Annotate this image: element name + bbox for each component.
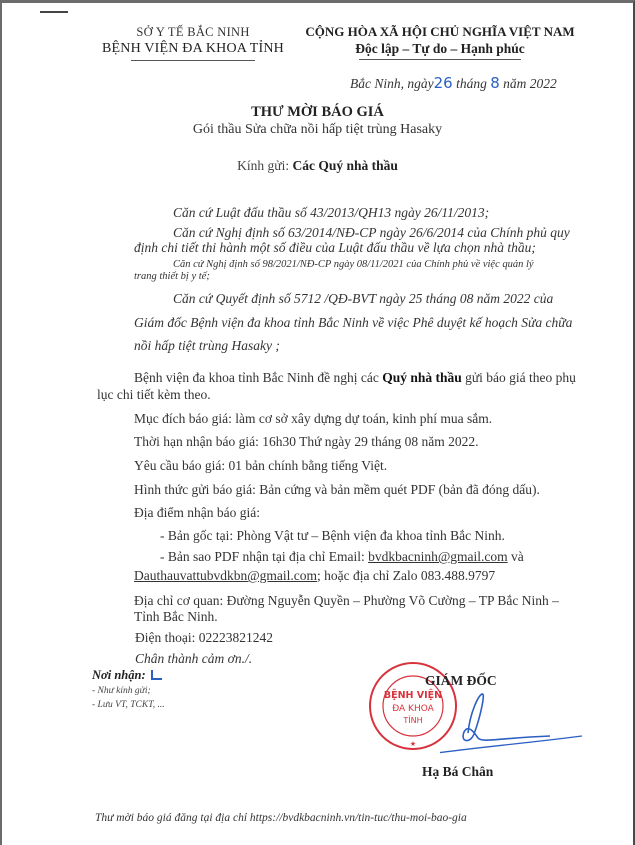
national-header: CỘNG HÒA XÃ HỘI CHỦ NGHĨA VIỆT NAM Độc l… [290, 24, 590, 60]
legal-basis-3a: Căn cứ Nghị định số 98/2021/NĐ-CP ngày 0… [173, 259, 534, 270]
deadline-line: Thời hạn nhận báo giá: 16h30 Thứ ngày 29… [134, 434, 479, 450]
zalo-contact: ; hoặc địa chỉ Zalo 083.488.9797 [317, 568, 495, 583]
request-suffix: gửi báo giá theo phụ [462, 370, 576, 385]
phone-line: Điện thoại: 02223821242 [135, 630, 273, 646]
closing-line: Chân thành cảm ơn./. [135, 651, 252, 667]
location-copy-and: và [508, 549, 524, 564]
location-original: - Bản gốc tại: Phòng Vật tư – Bệnh viện … [160, 528, 505, 544]
document-subtitle: Gói thầu Sửa chữa nồi hấp tiệt trùng Has… [0, 122, 635, 138]
address-line-2: Tỉnh Bắc Ninh. [134, 609, 218, 625]
svg-text:★: ★ [410, 740, 416, 748]
hospital-name: BỆNH VIỆN ĐA KHOA TỈNH [88, 40, 298, 57]
address-line-1: Địa chỉ cơ quan: Đường Nguyễn Quyền – Ph… [134, 593, 559, 609]
legal-basis-3b: trang thiết bị y tế; [134, 271, 210, 282]
request-line-2: lục chi tiết kèm theo. [97, 387, 211, 403]
footer-note: Thư mời báo giá đăng tại địa chỉ https:/… [95, 812, 467, 824]
nation-name: CỘNG HÒA XÃ HỘI CHỦ NGHĨA VIỆT NAM [290, 24, 590, 40]
dateline-month-label: tháng [453, 76, 491, 91]
dateline: Bắc Ninh, ngày26 tháng 8 năm 2022 [350, 74, 557, 92]
legal-basis-2a: Căn cứ Nghị định số 63/2014/NĐ-CP ngày 2… [173, 225, 570, 241]
legal-basis-4b: Giám đốc Bệnh viện đa khoa tỉnh Bắc Ninh… [134, 315, 572, 331]
motto-underline [359, 59, 521, 60]
handwritten-day: 26 [434, 74, 453, 92]
legal-basis-1: Căn cứ Luật đấu thầu số 43/2013/QH13 ngà… [173, 205, 489, 221]
scan-mark [40, 11, 68, 13]
document-title: THƯ MỜI BÁO GIÁ [0, 104, 635, 121]
location-copy-line: - Bản sao PDF nhận tại địa chỉ Email: bv… [160, 549, 524, 565]
email-link-1[interactable]: bvdkbacninh@gmail.com [368, 549, 508, 564]
stamp-line-3: TỈNH [402, 714, 422, 725]
request-prefix: Bệnh viện đa khoa tỉnh Bắc Ninh đề nghị … [134, 370, 382, 385]
stamp-line-2: ĐA KHOA [392, 704, 434, 714]
signer-position: GIÁM ĐỐC [425, 673, 497, 689]
request-bold: Quý nhà thầu [382, 370, 462, 385]
recipient-label: Kính gửi: [237, 158, 292, 173]
legal-basis-4a: Căn cứ Quyết định số 5712 /QĐ-BVT ngày 2… [173, 291, 553, 307]
method-line: Hình thức gửi báo giá: Bản cứng và bản m… [134, 482, 540, 498]
email-zalo-line: Dauthauvattubvdkbn@gmail.com; hoặc địa c… [134, 568, 495, 584]
motto: Độc lập – Tự do – Hạnh phúc [290, 40, 590, 58]
issuer-block: SỞ Y TẾ BẮC NINH BỆNH VIỆN ĐA KHOA TỈNH [88, 25, 298, 61]
email-link-2[interactable]: Dauthauvattubvdkbn@gmail.com [134, 568, 317, 583]
handwritten-signature-icon [440, 688, 590, 758]
recipient-name: Các Quý nhà thầu [292, 158, 397, 173]
handwritten-month: 8 [490, 74, 500, 92]
recipients-title-text: Nơi nhận: [92, 668, 146, 682]
signer-name: Hạ Bá Chân [422, 764, 493, 780]
requirement-line: Yêu cầu báo giá: 01 bản chính bằng tiếng… [134, 458, 387, 474]
recipient-line: Kính gửi: Các Quý nhà thầu [0, 158, 635, 174]
request-line-1: Bệnh viện đa khoa tỉnh Bắc Ninh đề nghị … [134, 370, 576, 386]
department-name: SỞ Y TẾ BẮC NINH [88, 25, 298, 40]
recipients-title: Nơi nhận: [92, 668, 163, 683]
legal-basis-2b: định chi tiết thi hành một số điều của L… [134, 240, 536, 256]
dateline-place: Bắc Ninh, ngày [350, 76, 434, 91]
initials-mark-icon [149, 669, 163, 681]
dateline-year: năm 2022 [500, 76, 557, 91]
issuer-underline [131, 60, 255, 61]
location-copy-prefix: - Bản sao PDF nhận tại địa chỉ Email: [160, 549, 368, 564]
recipient-item: - Như kính gửi; [92, 686, 151, 696]
stamp-line-1: BỆNH VIỆN [384, 690, 442, 701]
legal-basis-4c: nồi hấp tiệt trùng Hasaky ; [134, 338, 280, 354]
purpose-line: Mục đích báo giá: làm cơ sở xây dựng dự … [134, 411, 492, 427]
location-label: Địa điểm nhận báo giá: [134, 505, 260, 521]
recipient-item: - Lưu VT, TCKT, ... [92, 700, 165, 710]
